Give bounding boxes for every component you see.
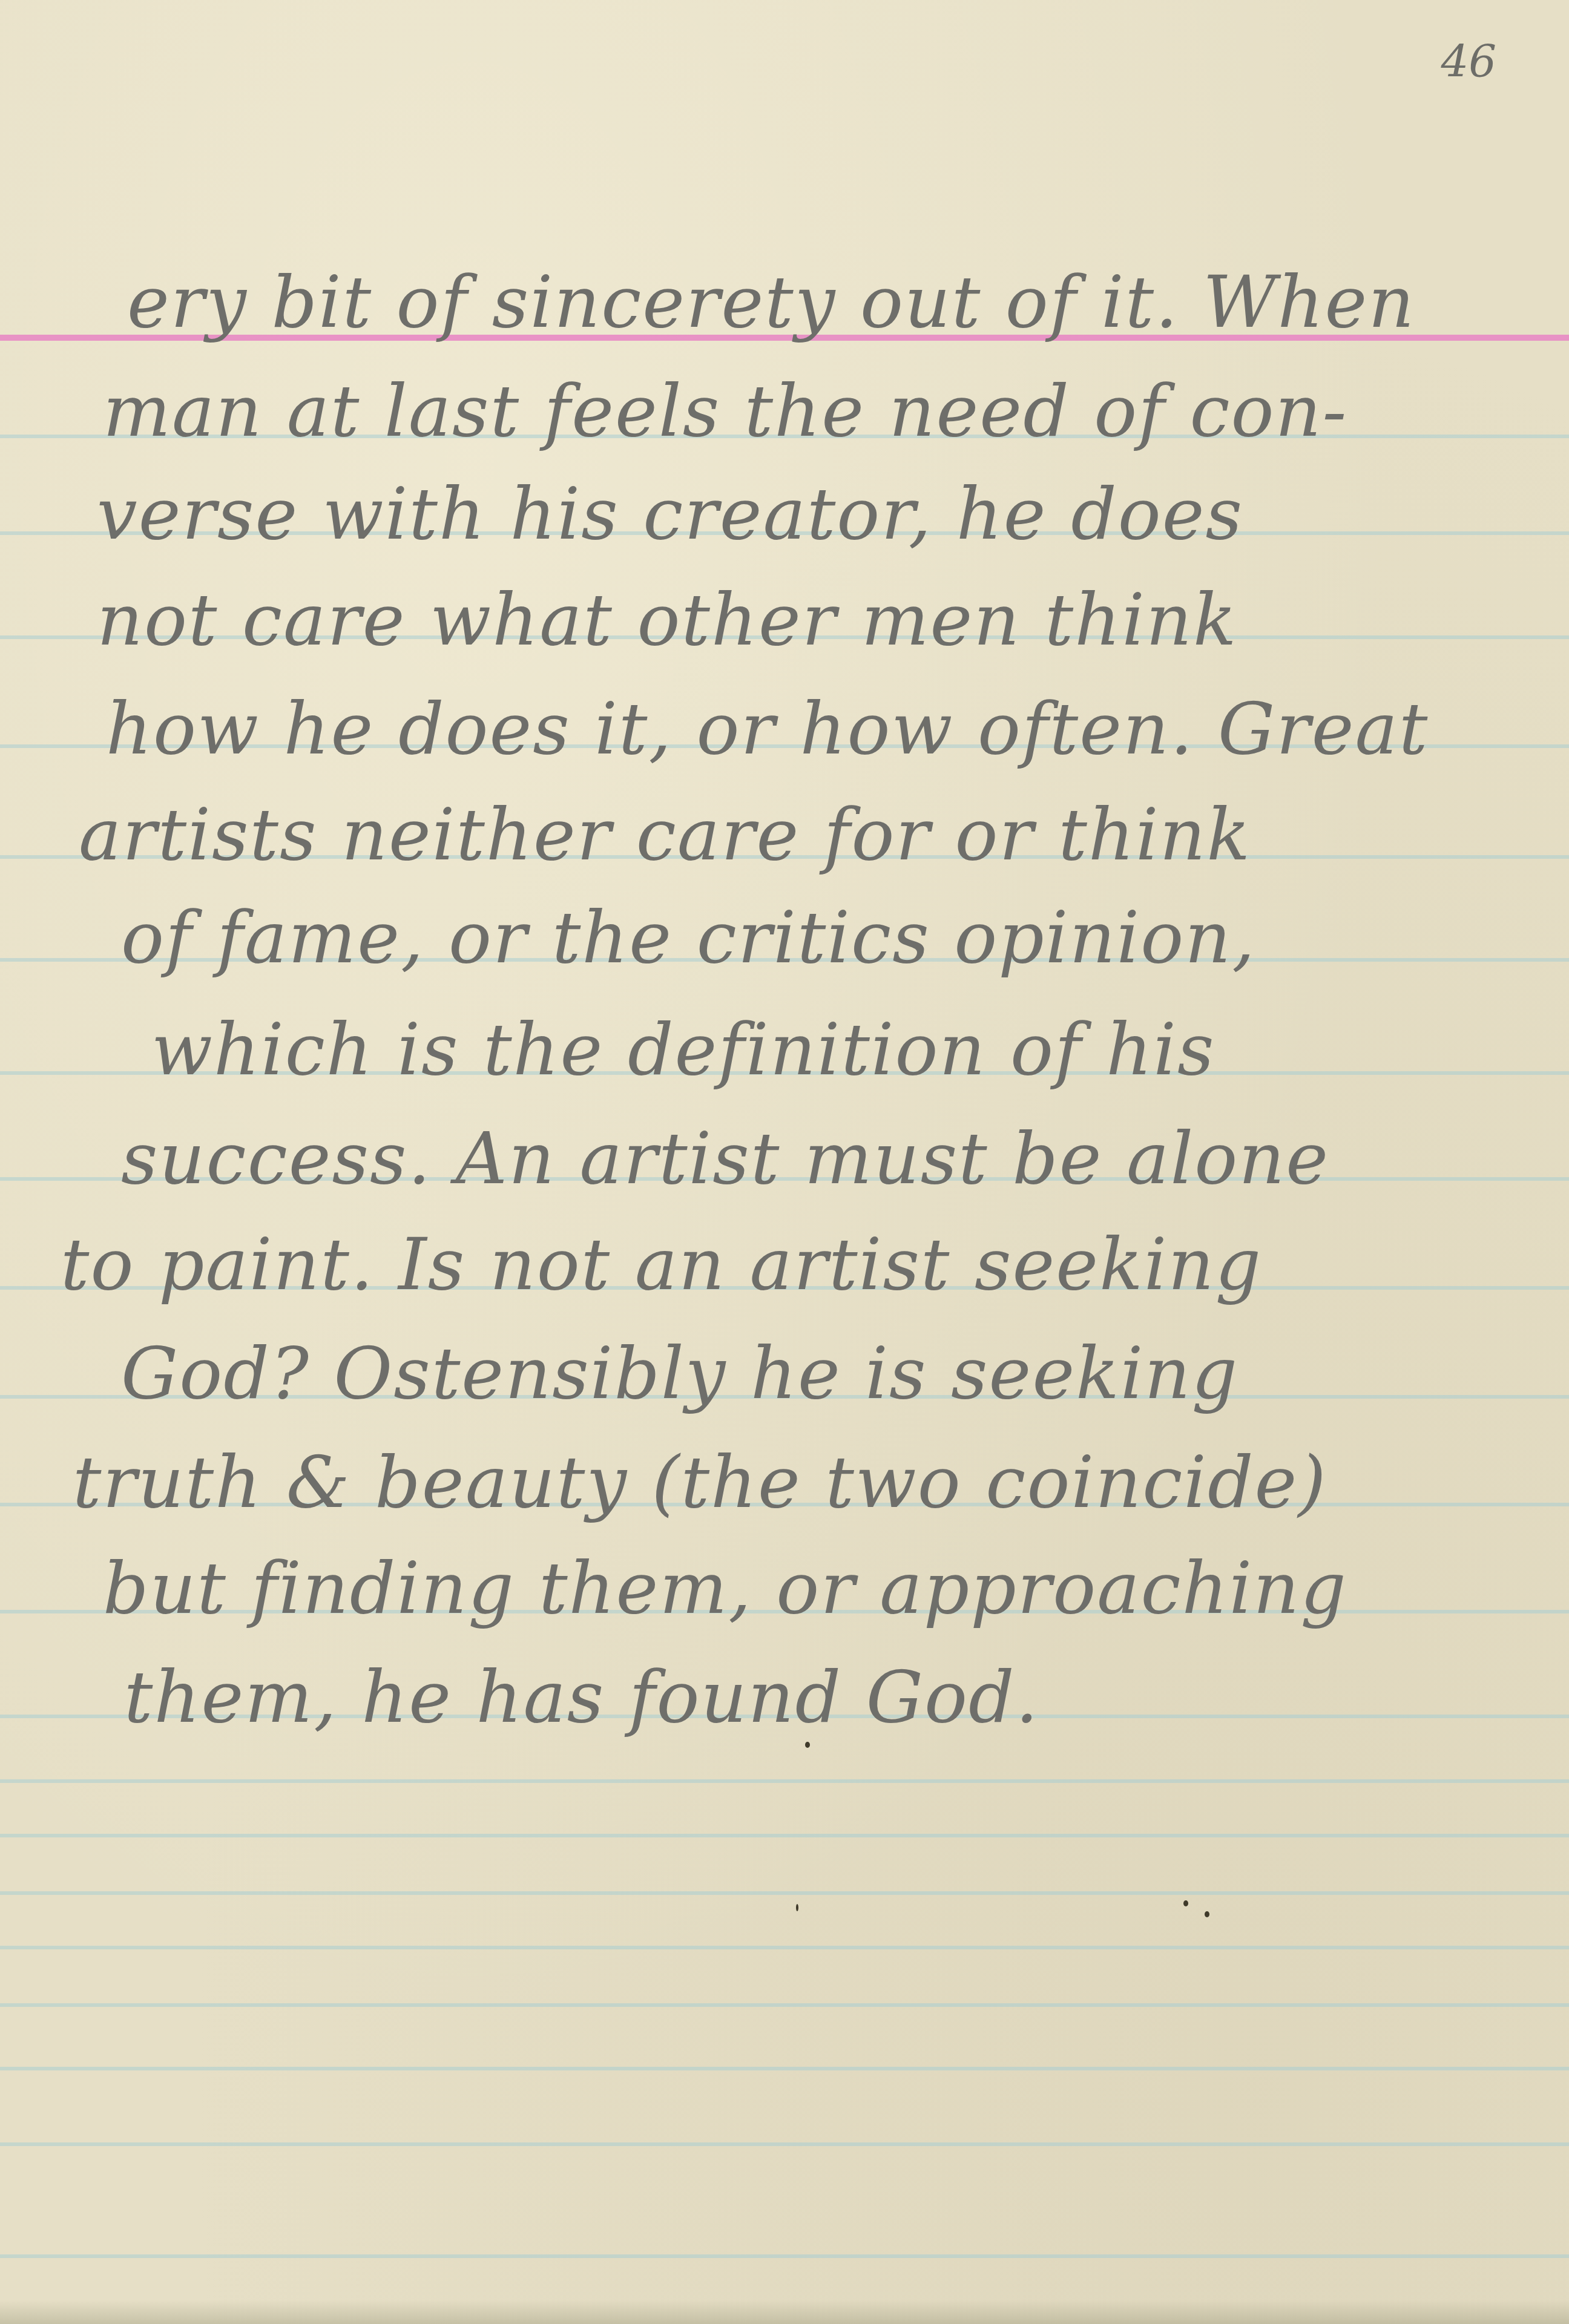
text-line: man at last feels the need of con-: [103, 375, 1347, 447]
text-line: verse with his creator, he does: [97, 478, 1243, 550]
paper-speck: [796, 1904, 798, 1911]
notebook-page: 46 ery bit of sincerety out of it. When …: [0, 0, 1569, 2324]
ruled-line: [0, 2142, 1569, 2146]
text-line: which is the definition of his: [151, 1014, 1215, 1085]
ruled-line: [0, 2003, 1569, 2007]
text-line: God? Ostensibly he is seeking: [121, 1338, 1238, 1409]
ruled-line: [0, 1834, 1569, 1837]
ruled-line: [0, 2067, 1569, 2070]
ruled-line: [0, 2254, 1569, 2258]
text-line: truth & beauty (the two coincide): [73, 1446, 1327, 1518]
text-line: of fame, or the critics opinion,: [121, 902, 1256, 973]
text-line: them, he has found God.: [124, 1661, 1039, 1733]
page-number: 46: [1441, 36, 1496, 87]
text-line: success. An artist must be alone: [121, 1123, 1329, 1194]
ruled-line: [0, 1779, 1569, 1783]
ruled-line: [0, 1946, 1569, 1949]
paper-speck: [805, 1742, 810, 1748]
text-line: how he does it, or how often. Great: [106, 693, 1429, 764]
paper-speck: [1183, 1900, 1188, 1906]
ruled-line: [0, 1891, 1569, 1895]
paper-speck: [1205, 1911, 1209, 1917]
text-line: but finding them, or approaching: [103, 1552, 1347, 1624]
text-line: ery bit of sincerety out of it. When: [127, 266, 1415, 338]
text-line: not care what other men think: [97, 584, 1238, 655]
text-line: artists neither care for or think: [79, 799, 1251, 870]
text-line: to paint. Is not an artist seeking: [61, 1229, 1262, 1300]
